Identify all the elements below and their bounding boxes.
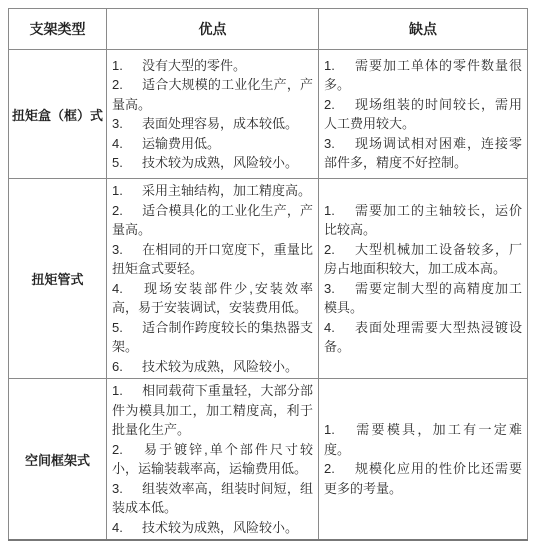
list-item: 4.表面处理需要大型热浸镀设备。 <box>324 318 522 357</box>
list-item-text: 现场组装的时间较长，需用人工费用较大。 <box>324 97 522 132</box>
list-item-text: 大型机械加工设备较多，厂房占地面积较大，加工成本高。 <box>324 242 522 277</box>
list-item: 5.适合制作跨度较长的集热器支架。 <box>112 318 313 357</box>
list-item-number: 1. <box>112 181 142 201</box>
list-item-text: 采用主轴结构，加工精度高。 <box>142 183 311 198</box>
list-item: 2.适合模具化的工业化生产，产量高。 <box>112 201 313 240</box>
list-item: 2.规模化应用的性价比还需要更多的考量。 <box>324 459 522 498</box>
list-item-text: 需要定制大型的高精度加工模具。 <box>324 281 522 316</box>
list-item-text: 适合模具化的工业化生产，产量高。 <box>112 203 313 238</box>
list-item-text: 需要加工的主轴较长，运价比较高。 <box>324 203 522 238</box>
list-item-number: 2. <box>324 459 354 479</box>
list-item: 3.需要定制大型的高精度加工模具。 <box>324 279 522 318</box>
list-item-text: 规模化应用的性价比还需要更多的考量。 <box>324 461 522 496</box>
bracket-type-cell: 扭矩管式 <box>9 179 107 379</box>
list-item: 2.大型机械加工设备较多，厂房占地面积较大，加工成本高。 <box>324 240 522 279</box>
header-disadvantages: 缺点 <box>319 9 528 50</box>
disadvantages-cell: 1.需要模具，加工有一定难度。2.规模化应用的性价比还需要更多的考量。 <box>319 379 528 541</box>
list-item-number: 3. <box>112 479 142 499</box>
list-item: 2.适合大规模的工业化生产，产量高。 <box>112 75 313 114</box>
list-item-number: 4. <box>324 318 354 338</box>
list-item-number: 2. <box>112 201 142 221</box>
bracket-comparison-table: 支架类型 优点 缺点 扭矩盒（框）式1.没有大型的零件。2.适合大规模的工业化生… <box>8 8 528 541</box>
table-header: 支架类型 优点 缺点 <box>9 9 528 50</box>
list-item-text: 适合制作跨度较长的集热器支架。 <box>112 320 313 355</box>
list-item-text: 表面处理容易，成本较低。 <box>142 116 298 131</box>
list-item: 4.现场安装部件少,安装效率高，易于安装调试，安装费用低。 <box>112 279 313 318</box>
list-item-number: 3. <box>324 279 354 299</box>
list-item: 4.运输费用低。 <box>112 134 313 154</box>
list-item-number: 2. <box>324 95 354 115</box>
list-item-text: 技术较为成熟，风险较小。 <box>142 520 298 535</box>
list-item-number: 2. <box>112 440 142 460</box>
advantages-cell: 1.没有大型的零件。2.适合大规模的工业化生产，产量高。3.表面处理容易，成本较… <box>107 50 319 179</box>
list-item: 1.相同载荷下重量轻，大部分部件为模具加工，加工精度高，利于批量化生产。 <box>112 381 313 440</box>
header-advantages: 优点 <box>107 9 319 50</box>
list-item-text: 现场调试相对困难，连接零部件多，精度不好控制。 <box>324 136 522 171</box>
list-item: 1.需要加工的主轴较长，运价比较高。 <box>324 201 522 240</box>
list-item-text: 技术较为成熟，风险较小。 <box>142 359 298 374</box>
list-item-number: 4. <box>112 279 142 299</box>
list-item: 2.易于镀锌,单个部件尺寸较小，运输装载率高，运输费用低。 <box>112 440 313 479</box>
list-item: 3.组装效率高，组装时间短，组装成本低。 <box>112 479 313 518</box>
list-item: 1.采用主轴结构，加工精度高。 <box>112 181 313 201</box>
list-item-number: 5. <box>112 318 142 338</box>
table-body: 扭矩盒（框）式1.没有大型的零件。2.适合大规模的工业化生产，产量高。3.表面处… <box>9 50 528 541</box>
list-item-text: 易于镀锌,单个部件尺寸较小，运输装载率高，运输费用低。 <box>112 442 313 477</box>
list-item-text: 相同载荷下重量轻，大部分部件为模具加工，加工精度高，利于批量化生产。 <box>112 383 313 437</box>
list-item-text: 在相同的开口宽度下，重量比扭矩盒式要轻。 <box>112 242 313 277</box>
table-row: 扭矩盒（框）式1.没有大型的零件。2.适合大规模的工业化生产，产量高。3.表面处… <box>9 50 528 179</box>
list-item-number: 2. <box>324 240 354 260</box>
document-page: 支架类型 优点 缺点 扭矩盒（框）式1.没有大型的零件。2.适合大规模的工业化生… <box>0 0 535 541</box>
list-item-text: 组装效率高，组装时间短，组装成本低。 <box>112 481 313 516</box>
list-item-number: 1. <box>324 201 354 221</box>
list-item-number: 1. <box>112 381 142 401</box>
header-row: 支架类型 优点 缺点 <box>9 9 528 50</box>
list-item: 6.技术较为成熟，风险较小。 <box>112 357 313 377</box>
list-item: 3.现场调试相对困难，连接零部件多，精度不好控制。 <box>324 134 522 173</box>
list-item: 2.现场组装的时间较长，需用人工费用较大。 <box>324 95 522 134</box>
list-item-number: 3. <box>112 114 142 134</box>
list-item-number: 3. <box>112 240 142 260</box>
list-item: 1.没有大型的零件。 <box>112 56 313 76</box>
table-row: 空间框架式1.相同载荷下重量轻，大部分部件为模具加工，加工精度高，利于批量化生产… <box>9 379 528 541</box>
table-row: 扭矩管式1.采用主轴结构，加工精度高。2.适合模具化的工业化生产，产量高。3.在… <box>9 179 528 379</box>
list-item-number: 1. <box>324 420 354 440</box>
list-item-number: 1. <box>324 56 354 76</box>
list-item-number: 2. <box>112 75 142 95</box>
advantages-cell: 1.相同载荷下重量轻，大部分部件为模具加工，加工精度高，利于批量化生产。2.易于… <box>107 379 319 541</box>
disadvantages-cell: 1.需要加工的主轴较长，运价比较高。2.大型机械加工设备较多，厂房占地面积较大，… <box>319 179 528 379</box>
list-item-number: 5. <box>112 153 142 173</box>
header-bracket-type: 支架类型 <box>9 9 107 50</box>
advantages-cell: 1.采用主轴结构，加工精度高。2.适合模具化的工业化生产，产量高。3.在相同的开… <box>107 179 319 379</box>
bracket-type-cell: 空间框架式 <box>9 379 107 541</box>
list-item: 3.在相同的开口宽度下，重量比扭矩盒式要轻。 <box>112 240 313 279</box>
list-item-number: 1. <box>112 56 142 76</box>
bracket-type-cell: 扭矩盒（框）式 <box>9 50 107 179</box>
list-item: 4.技术较为成熟，风险较小。 <box>112 518 313 538</box>
list-item: 1.需要模具，加工有一定难度。 <box>324 420 522 459</box>
list-item-text: 现场安装部件少,安装效率高，易于安装调试，安装费用低。 <box>112 281 313 316</box>
list-item: 3.表面处理容易，成本较低。 <box>112 114 313 134</box>
list-item-number: 3. <box>324 134 354 154</box>
list-item: 1.需要加工单体的零件数量很多。 <box>324 56 522 95</box>
list-item-text: 运输费用低。 <box>142 136 220 151</box>
list-item-text: 没有大型的零件。 <box>142 58 246 73</box>
list-item: 5.技术较为成熟，风险较小。 <box>112 153 313 173</box>
disadvantages-cell: 1.需要加工单体的零件数量很多。2.现场组装的时间较长，需用人工费用较大。3.现… <box>319 50 528 179</box>
list-item-text: 适合大规模的工业化生产，产量高。 <box>112 77 313 112</box>
list-item-number: 6. <box>112 357 142 377</box>
list-item-text: 技术较为成熟，风险较小。 <box>142 155 298 170</box>
list-item-number: 4. <box>112 134 142 154</box>
list-item-number: 4. <box>112 518 142 538</box>
